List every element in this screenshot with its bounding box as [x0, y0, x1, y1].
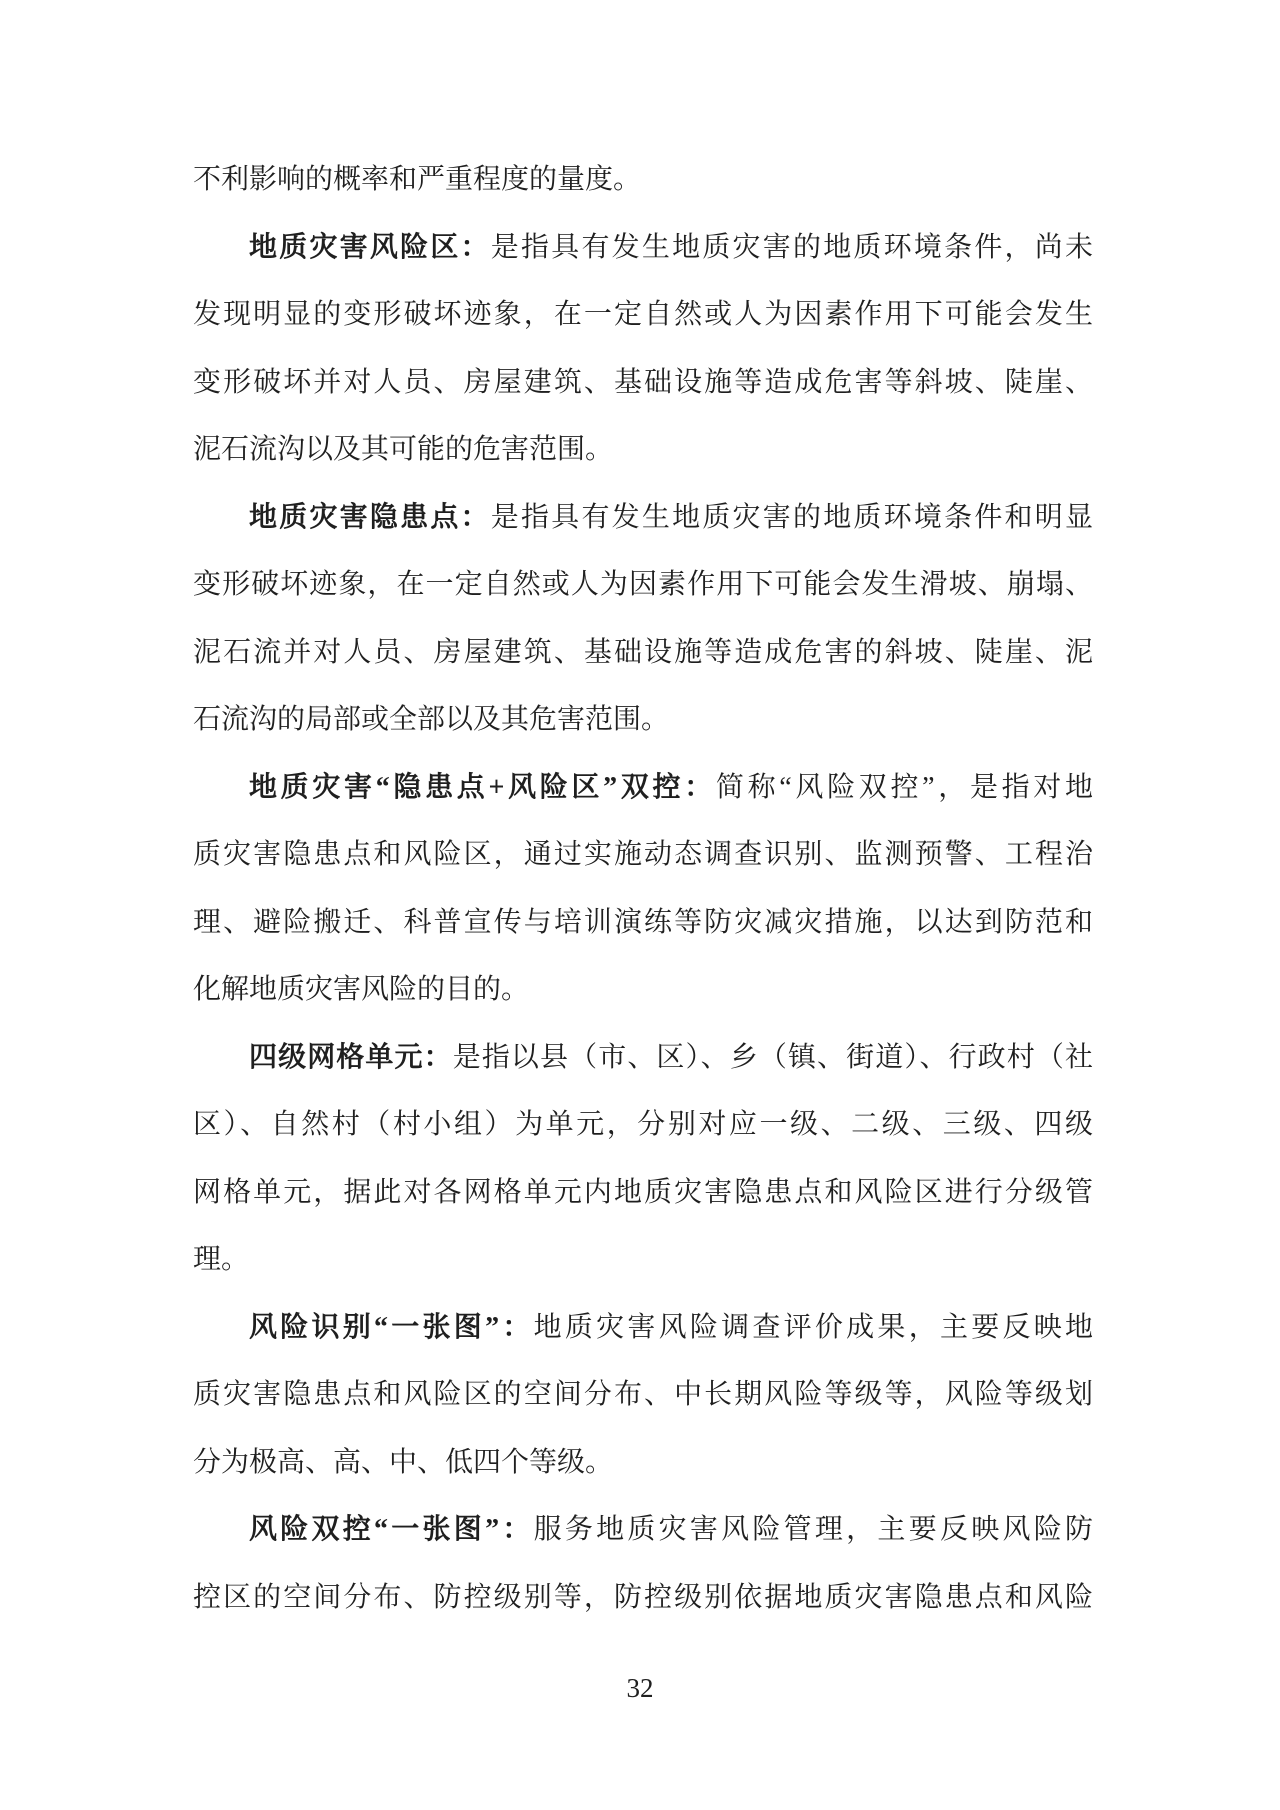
line-text: 分为极高、高、中、低四个等级。 [193, 1447, 613, 1478]
line-text: 泥石流沟以及其可能的危害范围。 [193, 434, 613, 465]
text-line: 风险识别“一张图”：地质灾害风险调查评价成果，主要反映地 [193, 1294, 1093, 1362]
paragraph: 地质灾害隐患点：是指具有发生地质灾害的地质环境条件和明显变形破坏迹象，在一定自然… [193, 484, 1093, 754]
text-line: 地质灾害风险区：是指具有发生地质灾害的地质环境条件，尚未 [193, 214, 1093, 282]
line-text: 化解地质灾害风险的目的。 [193, 974, 529, 1005]
text-line: 不利影响的概率和严重程度的量度。 [193, 146, 1093, 214]
text-line: 分为极高、高、中、低四个等级。 [193, 1429, 1093, 1497]
term-label: 地质灾害“隐患点+风险区”双控： [249, 772, 716, 803]
text-line: 质灾害隐患点和风险区，通过实施动态调查识别、监测预警、工程治 [193, 821, 1093, 889]
line-text: 网格单元，据此对各网格单元内地质灾害隐患点和风险区进行分级管 [193, 1177, 1093, 1208]
line-text: 变形破坏并对人员、房屋建筑、基础设施等造成危害等斜坡、陡崖、 [193, 367, 1093, 398]
term-label: 风险双控“一张图”： [249, 1514, 534, 1545]
line-text: 是指具有发生地质灾害的地质环境条件和明显 [491, 502, 1093, 533]
paragraph: 四级网格单元：是指以县（市、区）、乡（镇、街道）、行政村（社区）、自然村（村小组… [193, 1024, 1093, 1294]
line-text: 服务地质灾害风险管理，主要反映风险防 [534, 1514, 1093, 1545]
line-text: 是指以县（市、区）、乡（镇、街道）、行政村（社 [453, 1042, 1093, 1073]
text-line: 泥石流并对人员、房屋建筑、基础设施等造成危害的斜坡、陡崖、泥 [193, 619, 1093, 687]
term-label: 地质灾害隐患点： [249, 502, 491, 533]
text-line: 发现明显的变形破坏迹象，在一定自然或人为因素作用下可能会发生 [193, 281, 1093, 349]
text-line: 变形破坏迹象，在一定自然或人为因素作用下可能会发生滑坡、崩塌、 [193, 551, 1093, 619]
text-line: 变形破坏并对人员、房屋建筑、基础设施等造成危害等斜坡、陡崖、 [193, 349, 1093, 417]
text-line: 地质灾害“隐患点+风险区”双控：简称“风险双控”，是指对地 [193, 754, 1093, 822]
text-line: 泥石流沟以及其可能的危害范围。 [193, 416, 1093, 484]
line-text: 地质灾害风险调查评价成果，主要反映地 [534, 1312, 1093, 1343]
text-line: 控区的空间分布、防控级别等，防控级别依据地质灾害隐患点和风险 [193, 1564, 1093, 1632]
paragraph: 不利影响的概率和严重程度的量度。 [193, 146, 1093, 214]
text-line: 网格单元，据此对各网格单元内地质灾害隐患点和风险区进行分级管 [193, 1159, 1093, 1227]
text-line: 理。 [193, 1226, 1093, 1294]
text-line: 风险双控“一张图”：服务地质灾害风险管理，主要反映风险防 [193, 1496, 1093, 1564]
line-text: 质灾害隐患点和风险区，通过实施动态调查识别、监测预警、工程治 [193, 839, 1093, 870]
text-line: 地质灾害隐患点：是指具有发生地质灾害的地质环境条件和明显 [193, 484, 1093, 552]
page-number: 32 [0, 1668, 1280, 1708]
text-line: 区）、自然村（村小组）为单元，分别对应一级、二级、三级、四级 [193, 1091, 1093, 1159]
line-text: 变形破坏迹象，在一定自然或人为因素作用下可能会发生滑坡、崩塌、 [193, 569, 1093, 600]
text-line: 石流沟的局部或全部以及其危害范围。 [193, 686, 1093, 754]
text-line: 理、避险搬迁、科普宣传与培训演练等防灾减灾措施，以达到防范和 [193, 889, 1093, 957]
paragraph: 风险双控“一张图”：服务地质灾害风险管理，主要反映风险防控区的空间分布、防控级别… [193, 1496, 1093, 1631]
line-text: 理、避险搬迁、科普宣传与培训演练等防灾减灾措施，以达到防范和 [193, 907, 1093, 938]
line-text: 发现明显的变形破坏迹象，在一定自然或人为因素作用下可能会发生 [193, 299, 1093, 330]
paragraph: 地质灾害“隐患点+风险区”双控：简称“风险双控”，是指对地质灾害隐患点和风险区，… [193, 754, 1093, 1024]
line-text: 质灾害隐患点和风险区的空间分布、中长期风险等级等，风险等级划 [193, 1379, 1093, 1410]
line-text: 是指具有发生地质灾害的地质环境条件，尚未 [491, 232, 1093, 263]
line-text: 泥石流并对人员、房屋建筑、基础设施等造成危害的斜坡、陡崖、泥 [193, 637, 1093, 668]
paragraph: 风险识别“一张图”：地质灾害风险调查评价成果，主要反映地质灾害隐患点和风险区的空… [193, 1294, 1093, 1497]
line-text: 理。 [193, 1244, 249, 1275]
text-line: 四级网格单元：是指以县（市、区）、乡（镇、街道）、行政村（社 [193, 1024, 1093, 1092]
text-line: 质灾害隐患点和风险区的空间分布、中长期风险等级等，风险等级划 [193, 1361, 1093, 1429]
line-text: 不利影响的概率和严重程度的量度。 [193, 164, 641, 195]
text-line: 化解地质灾害风险的目的。 [193, 956, 1093, 1024]
line-text: 石流沟的局部或全部以及其危害范围。 [193, 704, 669, 735]
document-page: 不利影响的概率和严重程度的量度。地质灾害风险区：是指具有发生地质灾害的地质环境条… [0, 0, 1280, 1810]
term-label: 地质灾害风险区： [249, 232, 491, 263]
term-label: 风险识别“一张图”： [249, 1312, 534, 1343]
text-content: 不利影响的概率和严重程度的量度。地质灾害风险区：是指具有发生地质灾害的地质环境条… [193, 146, 1093, 1631]
line-text: 控区的空间分布、防控级别等，防控级别依据地质灾害隐患点和风险 [193, 1582, 1093, 1613]
paragraph: 地质灾害风险区：是指具有发生地质灾害的地质环境条件，尚未发现明显的变形破坏迹象，… [193, 214, 1093, 484]
line-text: 简称“风险双控”，是指对地 [716, 772, 1093, 803]
term-label: 四级网格单元： [249, 1042, 453, 1073]
line-text: 区）、自然村（村小组）为单元，分别对应一级、二级、三级、四级 [193, 1109, 1093, 1140]
